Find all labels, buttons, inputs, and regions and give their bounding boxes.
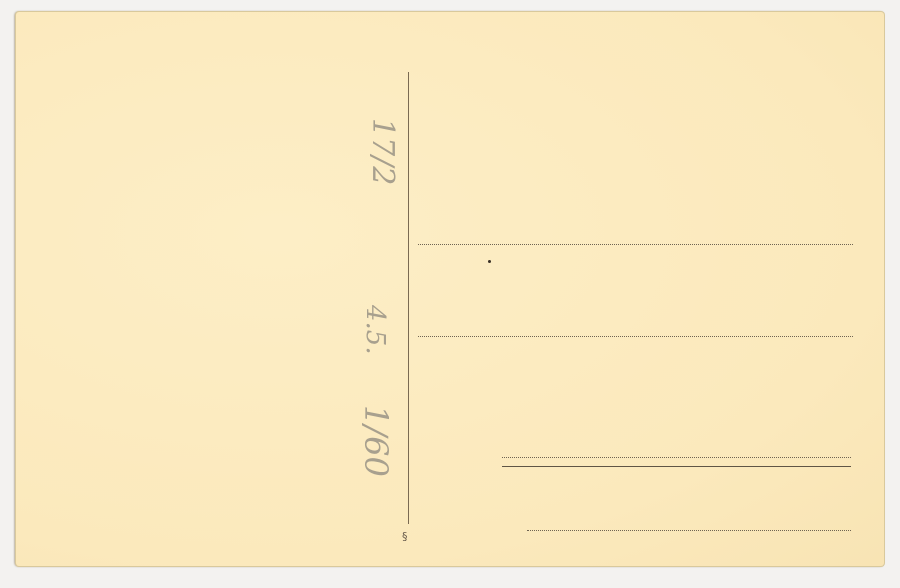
handwritten-note-middle: 4.5. — [360, 305, 390, 355]
address-line-2 — [418, 336, 853, 337]
paper-speck — [488, 260, 491, 263]
address-line-1 — [418, 244, 853, 245]
section-mark: § — [402, 530, 408, 543]
address-underline — [502, 466, 851, 467]
center-divider-line — [408, 72, 409, 524]
postcard-back — [16, 12, 884, 566]
handwritten-note-bottom: 1/60 — [357, 405, 395, 477]
address-line-4 — [527, 530, 851, 531]
handwritten-note-top: 17/2 — [365, 118, 400, 185]
address-line-3 — [502, 457, 851, 458]
